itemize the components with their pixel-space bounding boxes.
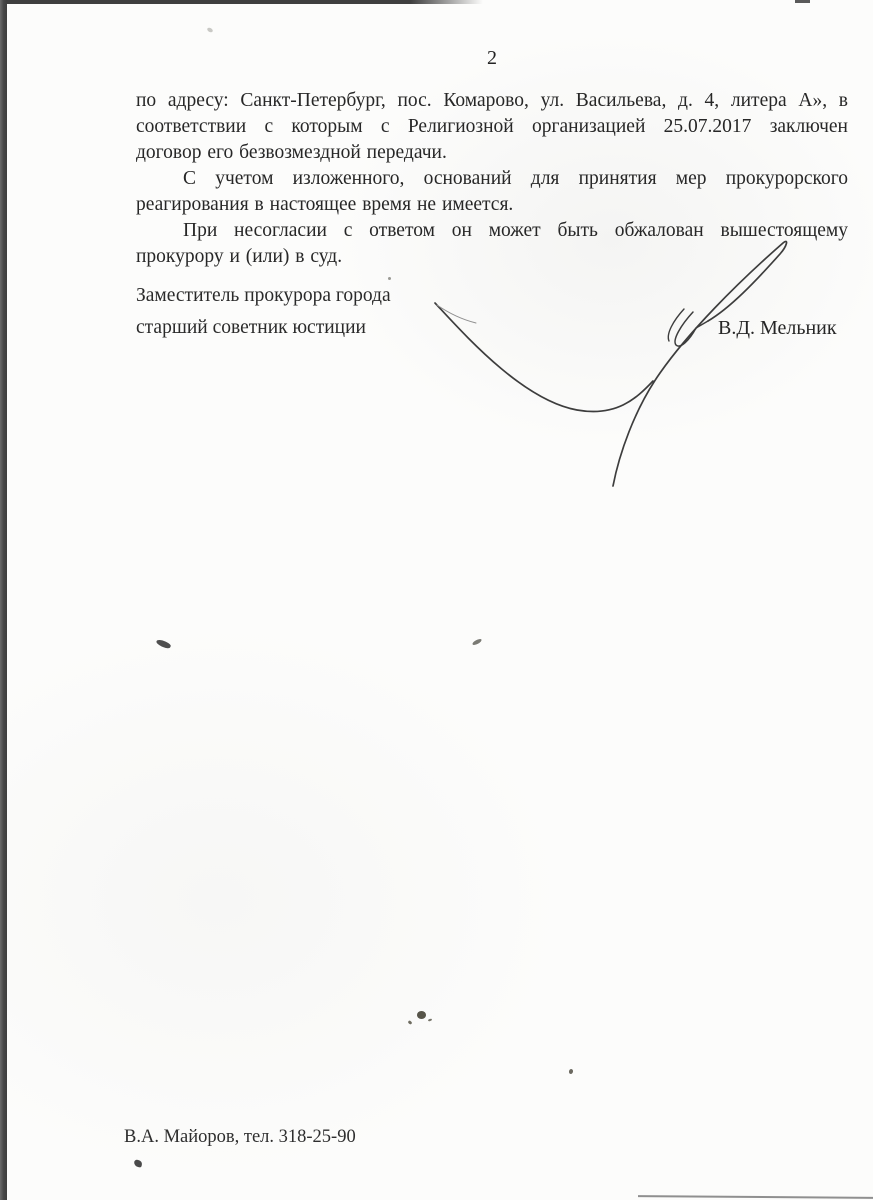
body-line: договор его безвозмездной передачи. xyxy=(136,140,848,166)
scan-speck xyxy=(417,1011,426,1019)
body-paragraph: по адресу: Санкт-Петербург, пос. Комаров… xyxy=(136,88,848,166)
handwritten-signature xyxy=(420,230,810,500)
signature-stroke xyxy=(675,312,708,346)
body-line: С учетом изложенного, оснований для прин… xyxy=(136,166,848,192)
scan-speck xyxy=(388,277,391,280)
scan-speck xyxy=(472,638,483,646)
scan-edge-left xyxy=(0,0,7,1200)
signature-role-line-2: старший советник юстиции xyxy=(136,317,366,339)
footer-contact: В.А. Майоров, тел. 318-25-90 xyxy=(124,1127,356,1148)
scan-speck xyxy=(133,1159,142,1167)
scan-edge-bottom xyxy=(638,1195,873,1199)
signature-stroke xyxy=(613,241,787,486)
signature-stroke xyxy=(435,303,653,412)
scan-speck xyxy=(428,1018,432,1021)
scan-speck xyxy=(568,1069,573,1075)
body-paragraph: С учетом изложенного, оснований для прин… xyxy=(136,166,848,218)
body-line: по адресу: Санкт-Петербург, пос. Комаров… xyxy=(136,88,848,114)
body-line: реагирования в настоящее время не имеетс… xyxy=(136,192,848,218)
scan-edge-top-tick xyxy=(795,0,810,3)
body-line: соответствии с которым с Религиозной орг… xyxy=(136,114,848,140)
scan-speck xyxy=(155,638,171,650)
scanned-document-page: 2 по адресу: Санкт-Петербург, пос. Комар… xyxy=(0,0,873,1200)
scan-speck xyxy=(408,1020,413,1025)
signature-role-line-1: Заместитель прокурора города xyxy=(136,285,391,307)
scan-speck xyxy=(206,27,213,33)
signature-stroke xyxy=(437,305,476,323)
page-number: 2 xyxy=(136,47,848,70)
scan-edge-top xyxy=(0,0,483,4)
